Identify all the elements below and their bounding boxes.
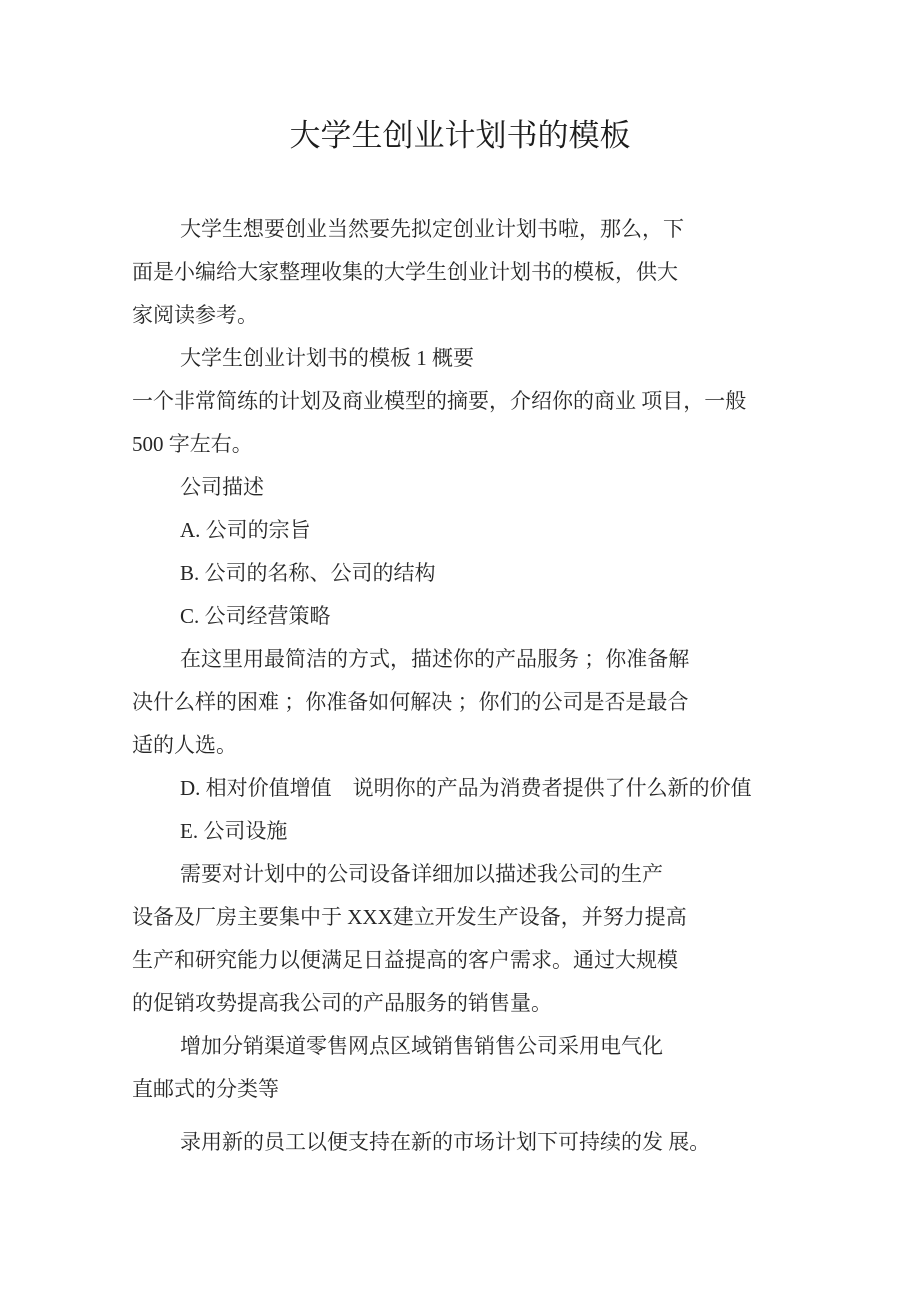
text-line: 面是小编给大家整理收集的大学生创业计划书的模板，供大: [132, 251, 792, 294]
document-title: 大学生创业计划书的模板: [0, 0, 920, 156]
text-line: C. 公司经营策略: [132, 595, 792, 638]
text-line: 录用新的员工以便支持在新的市场计划下可持续的发 展。: [132, 1121, 792, 1164]
text-line: 大学生想要创业当然要先拟定创业计划书啦，那么，下: [132, 208, 792, 251]
text-line: 在这里用最简洁的方式，描述你的产品服务 ；你准备解: [132, 638, 792, 681]
text-line: 大学生创业计划书的模板 1 概要: [132, 337, 792, 380]
text-line: 适的人选。: [132, 724, 792, 767]
text-line: 设备及厂房主要集中于 XXX建立开发生产设备，并努力提高: [132, 896, 792, 939]
text-line: E. 公司设施: [132, 810, 792, 853]
text-line: A. 公司的宗旨: [132, 509, 792, 552]
text-line: 增加分销渠道零售网点区域销售销售公司采用电气化: [132, 1025, 792, 1068]
text-line: 一个非常简练的计划及商业模型的摘要，介绍你的商业 项目，一般: [132, 380, 792, 423]
text-line: 500 字左右。: [132, 423, 792, 466]
document-page: 大学生创业计划书的模板 大学生想要创业当然要先拟定创业计划书啦，那么，下 面是小…: [0, 0, 920, 1303]
text-line: B. 公司的名称、公司的结构: [132, 552, 792, 595]
text-line: 直邮式的分类等: [132, 1068, 792, 1111]
text-line: 公司描述: [132, 466, 792, 509]
text-line: 决什么样的困难 ；你准备如何解决 ；你们的公司是否是最合: [132, 681, 792, 724]
document-body: 大学生想要创业当然要先拟定创业计划书啦，那么，下 面是小编给大家整理收集的大学生…: [132, 208, 792, 1164]
text-line: 的促销攻势提高我公司的产品服务的销售量。: [132, 982, 792, 1025]
text-line: 家阅读参考。: [132, 294, 792, 337]
text-line: D. 相对价值增值 说明你的产品为消费者提供了什么新的价值: [132, 767, 792, 810]
text-line: 需要对计划中的公司设备详细加以描述我公司的生产: [132, 853, 792, 896]
text-line: 生产和研究能力以便满足日益提高的客户需求。通过大规模: [132, 939, 792, 982]
